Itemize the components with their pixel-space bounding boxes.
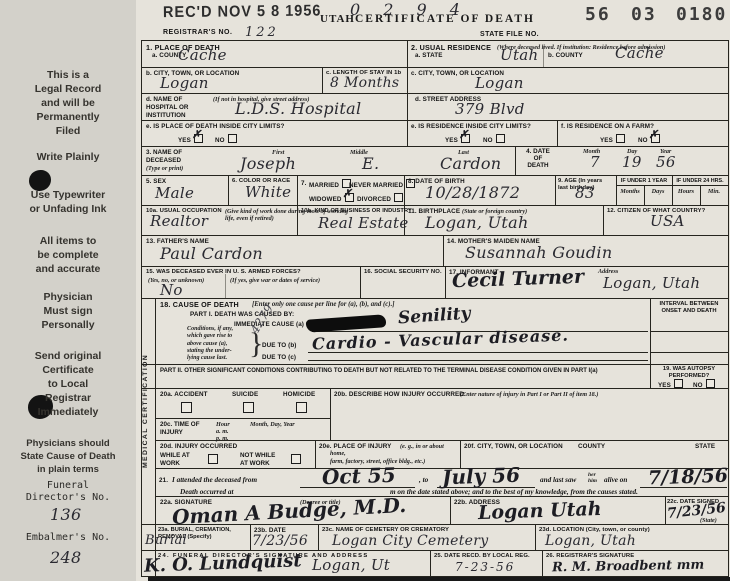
- citizen-value: USA: [650, 212, 685, 230]
- field-1e-yes: YES✗: [178, 134, 203, 145]
- divider: [650, 352, 729, 353]
- field-2f-no: NO✗: [638, 134, 660, 145]
- registrar-signature-value: R. M. Broadbent mm: [552, 558, 704, 576]
- field-2e-limits-label: e. IS RESIDENCE INSIDE CITY LIMITS?: [411, 123, 531, 131]
- serial-stamp-1: 56: [585, 4, 611, 25]
- checkbox-empty: [228, 134, 237, 143]
- dod-month-value: 7: [590, 153, 600, 171]
- marital-divorced: DIVORCED: [357, 193, 403, 204]
- injury-county-header: COUNTY: [578, 443, 605, 451]
- divider: [535, 524, 536, 550]
- field-2a-state-label: a. STATE: [415, 52, 443, 60]
- attended-text-1: I attended the deceased from: [172, 476, 257, 484]
- check-mark-icon: ✗: [459, 128, 468, 142]
- ssn-label: 16. SOCIAL SECURITY NO.: [364, 269, 442, 276]
- due-to-b-label: DUE TO (b): [262, 342, 296, 350]
- race-value: White: [245, 183, 291, 201]
- marital-never-married: NEVER MARRIED: [349, 179, 415, 190]
- divider: [650, 331, 729, 332]
- checkbox-checked: ✗: [345, 193, 354, 202]
- divider: [443, 235, 444, 266]
- months-header: Months: [617, 188, 643, 195]
- divider: [322, 67, 323, 93]
- field-1e-no: NO: [215, 134, 237, 145]
- time-of-injury-label: 20c. TIME OF INJURY: [160, 421, 210, 437]
- checkbox-empty: [181, 402, 192, 413]
- checkbox-empty: [616, 134, 625, 143]
- margin-legal-record: This is a Legal Record and will be Perma…: [2, 68, 134, 138]
- her-him-stacked: her him: [588, 473, 597, 485]
- divider: [430, 550, 431, 576]
- physician-address-value: Logan Utah: [478, 498, 602, 524]
- received-date-stamp: REC'D NOV 5 8 1956: [163, 3, 322, 22]
- form-title-main: CERTIFICATE OF DEATH: [355, 13, 535, 25]
- name-of-deceased-hint: (Type or print): [146, 165, 183, 172]
- cause-of-death-label: 18. CAUSE OF DEATH: [160, 300, 239, 309]
- divider: [445, 266, 446, 298]
- margin-write-plainly: Write Plainly: [2, 150, 134, 164]
- margin-use-typewriter: Use Typewriter or Unfading Ink: [2, 188, 134, 216]
- funeral-director-no-value: 136: [50, 505, 81, 524]
- attended-text-2: , to: [419, 476, 428, 484]
- divider: [315, 440, 316, 468]
- describe-injury-label: 20b. DESCRIBE HOW INJURY OCCURRED.: [334, 391, 466, 399]
- divider: [141, 235, 729, 236]
- injury-state-header: STATE: [695, 443, 715, 451]
- date-received-value: 7-23-56: [455, 560, 515, 574]
- burial-date-value: 7/23/56: [252, 533, 308, 549]
- item-21-num: 21.: [159, 477, 168, 485]
- divider: [228, 175, 229, 205]
- occupation-value: Realtor: [150, 212, 208, 230]
- injury-occurred-label: 20d. INJURY OCCURRED: [160, 443, 237, 451]
- form-title-state: UTAH: [320, 13, 355, 25]
- attended-text-4: alive on: [604, 476, 627, 484]
- death-certificate-scan: This is a Legal Record and will be Perma…: [0, 0, 730, 581]
- under-1-year-header: IF UNDER 1 YEAR: [617, 178, 671, 185]
- death-occurred-text-2: m on the date stated above; and to the b…: [390, 488, 638, 496]
- divider: [728, 40, 729, 576]
- divider: [141, 40, 729, 41]
- field-1d-hospital-label: d. NAME OF HOSPITAL OR INSTITUTION: [146, 96, 206, 120]
- field-2f-farm-label: f. IS RESIDENCE ON A FARM?: [561, 123, 654, 131]
- dod-year-value: 56: [656, 153, 676, 171]
- attended-text-3: and last saw: [540, 476, 576, 484]
- divider: [141, 120, 729, 121]
- due-to-c-label: DUE TO (c): [262, 354, 296, 362]
- divider: [297, 175, 298, 235]
- funeral-director-no-label: Funeral Director's No.: [2, 480, 134, 504]
- divider: [141, 67, 729, 68]
- field-2e-yes: YES✗: [445, 134, 470, 145]
- part2-label: PART II. OTHER SIGNIFICANT CONDITIONS CO…: [160, 368, 645, 376]
- divider: [141, 388, 729, 389]
- divider: [141, 266, 729, 267]
- divider: [141, 364, 729, 365]
- check-mark-icon: ✗: [343, 187, 352, 201]
- divider: [318, 524, 319, 550]
- describe-injury-hint: (Enter nature of injury in Part I or Par…: [460, 391, 598, 398]
- days-header: Days: [645, 188, 671, 195]
- divider: [155, 418, 330, 419]
- attended-to-value: July 56: [442, 463, 521, 490]
- margin-send-original: Send original Certificate to Local Regis…: [2, 349, 134, 419]
- registrars-no-value: 122: [245, 25, 279, 40]
- embalmer-no-label: Embalmer's No.: [2, 532, 134, 544]
- death-occurred-text: Death occurred at: [180, 488, 234, 496]
- divider: [515, 146, 516, 175]
- usual-residence-title: 2. USUAL RESIDENCE: [411, 43, 491, 52]
- embalmer-no-value: 248: [50, 548, 81, 567]
- name-middle-value: E.: [362, 154, 379, 173]
- name-first-value: Joseph: [240, 154, 296, 173]
- not-while-at-work-label: NOT WHILE AT WORK: [240, 452, 282, 468]
- check-mark-icon: ✗: [192, 128, 201, 142]
- attended-from-value: Oct 55: [322, 463, 396, 490]
- name-of-deceased-label: 3. NAME OF DECEASED: [146, 149, 201, 165]
- autopsy-no: NO: [693, 379, 715, 390]
- checkbox-empty: [296, 402, 307, 413]
- field-2f-yes: YES: [600, 134, 625, 145]
- accident-label: 20a. ACCIDENT: [160, 391, 208, 399]
- field-2c-city-value: Logan: [475, 74, 524, 92]
- state-file-no-label: STATE FILE NO.: [480, 31, 539, 40]
- serial-stamp-3: 0180: [676, 4, 727, 25]
- field-2e-no: NO: [483, 134, 505, 145]
- under-24-hrs-header: IF UNDER 24 HRS.: [673, 178, 727, 185]
- medical-certification-vertical-label: MEDICAL CERTIFICATION: [142, 300, 154, 522]
- divider: [155, 440, 729, 441]
- armed-forces-label: 15. WAS DECEASED EVER IN U. S. ARMED FOR…: [146, 269, 301, 276]
- field-1a-county-value: Cache: [178, 46, 227, 64]
- sex-value: Male: [155, 184, 194, 202]
- burial-value: Burial: [145, 533, 187, 548]
- cemetery-value: Logan City Cemetery: [332, 533, 488, 549]
- father-name-value: Paul Cardon: [160, 244, 263, 263]
- divider: [542, 550, 543, 576]
- field-2a-state-value: Utah: [500, 46, 538, 64]
- cause-b-line: [308, 352, 648, 353]
- divider: [557, 120, 558, 146]
- margin-plain-terms: Physicians should State Cause of Death i…: [2, 437, 134, 476]
- checkbox-empty: [674, 379, 683, 388]
- name-last-value: Cardon: [440, 154, 501, 173]
- dod-day-value: 19: [622, 153, 642, 171]
- checkbox-checked: ✗: [461, 134, 470, 143]
- date-of-death-label: 4. DATE OF DEATH: [520, 148, 556, 170]
- check-mark-icon: ✗: [649, 128, 658, 142]
- field-2d-street-value: 379 Blvd: [455, 100, 525, 118]
- divider: [141, 146, 729, 147]
- divider: [141, 175, 729, 176]
- serial-stamp-2: 03: [631, 4, 657, 25]
- field-2b-county-value: Cache: [615, 44, 664, 62]
- divider: [360, 266, 361, 298]
- funeral-director-address: Logan, Ut: [312, 556, 390, 574]
- registrars-no-label: REGISTRAR'S NO.: [163, 29, 232, 38]
- armed-forces-hint2: (If yes, give war or dates of service): [230, 277, 320, 284]
- age-value: 83: [575, 184, 595, 202]
- field-2b-county-label: b. COUNTY: [548, 52, 583, 60]
- checkbox-checked: ✗: [194, 134, 203, 143]
- conditions-note: Conditions, if any, which gave rise to a…: [187, 326, 251, 363]
- field-1e-limits-label: e. IS PLACE OF DEATH INSIDE CITY LIMITS?: [146, 123, 284, 131]
- while-at-work-label: WHILE AT WORK: [160, 452, 200, 468]
- field-1b-city-value: Logan: [160, 74, 209, 92]
- margin-all-items: All items to be complete and accurate: [2, 234, 134, 276]
- mother-name-value: Susannah Goudin: [465, 243, 612, 262]
- divider: [141, 205, 729, 206]
- field-1d-hospital-value: L.D.S. Hospital: [235, 99, 361, 118]
- part1-label: PART I. DEATH WAS CAUSED BY:: [190, 311, 294, 319]
- marital-widowed: WIDOWED✗: [309, 193, 354, 204]
- cause-c-line: [308, 360, 648, 361]
- divider: [225, 274, 226, 298]
- autopsy-yes: YES: [658, 379, 683, 390]
- divider: [407, 40, 408, 146]
- suicide-label: SUICIDE: [232, 391, 258, 399]
- divider: [330, 388, 331, 440]
- burial-location-value: Logan, Utah: [545, 533, 636, 549]
- interval-header: INTERVAL BETWEEN ONSET AND DEATH: [651, 301, 727, 315]
- scan-edge: [148, 577, 730, 581]
- month-day-year-header: Month, Day, Year: [250, 421, 295, 428]
- hours-header: Hours: [673, 188, 699, 195]
- checkbox-empty: [496, 134, 505, 143]
- divider: [141, 550, 729, 551]
- dob-value: 10/28/1872: [425, 183, 520, 202]
- homicide-label: HOMICIDE: [283, 391, 315, 399]
- informant-signature: Cecil Turner: [452, 266, 585, 293]
- armed-forces-value: No: [160, 281, 183, 299]
- field-1c-stay-value: 8 Months: [330, 75, 399, 91]
- margin-physician-sign: Physician Must sign Personally: [2, 290, 134, 332]
- checkbox-empty: [291, 454, 301, 464]
- birthplace-value: Logan, Utah: [425, 213, 529, 232]
- am-pm-header: a. m. p. m.: [216, 428, 238, 443]
- checkbox-empty: [394, 193, 403, 202]
- business-value: Real Estate: [318, 214, 409, 232]
- divider: [141, 93, 729, 94]
- checkbox-empty: [243, 402, 254, 413]
- checkbox-empty: [706, 379, 715, 388]
- marital-num: 7.: [301, 180, 306, 188]
- informant-address-value: Logan, Utah: [603, 274, 700, 292]
- divider: [141, 298, 729, 299]
- last-seen-date-value: 7/18/56: [648, 465, 729, 490]
- divider: [603, 205, 604, 235]
- state-hint: (State): [700, 517, 717, 524]
- checkbox-checked: ✗: [651, 134, 660, 143]
- checkbox-empty: [208, 454, 218, 464]
- divider: [555, 175, 556, 205]
- min-header: Min.: [701, 188, 727, 195]
- injury-city-label: 20f. CITY, TOWN, OR LOCATION: [464, 443, 563, 451]
- divider: [155, 496, 729, 497]
- divider: [450, 496, 451, 524]
- divider: [250, 524, 251, 550]
